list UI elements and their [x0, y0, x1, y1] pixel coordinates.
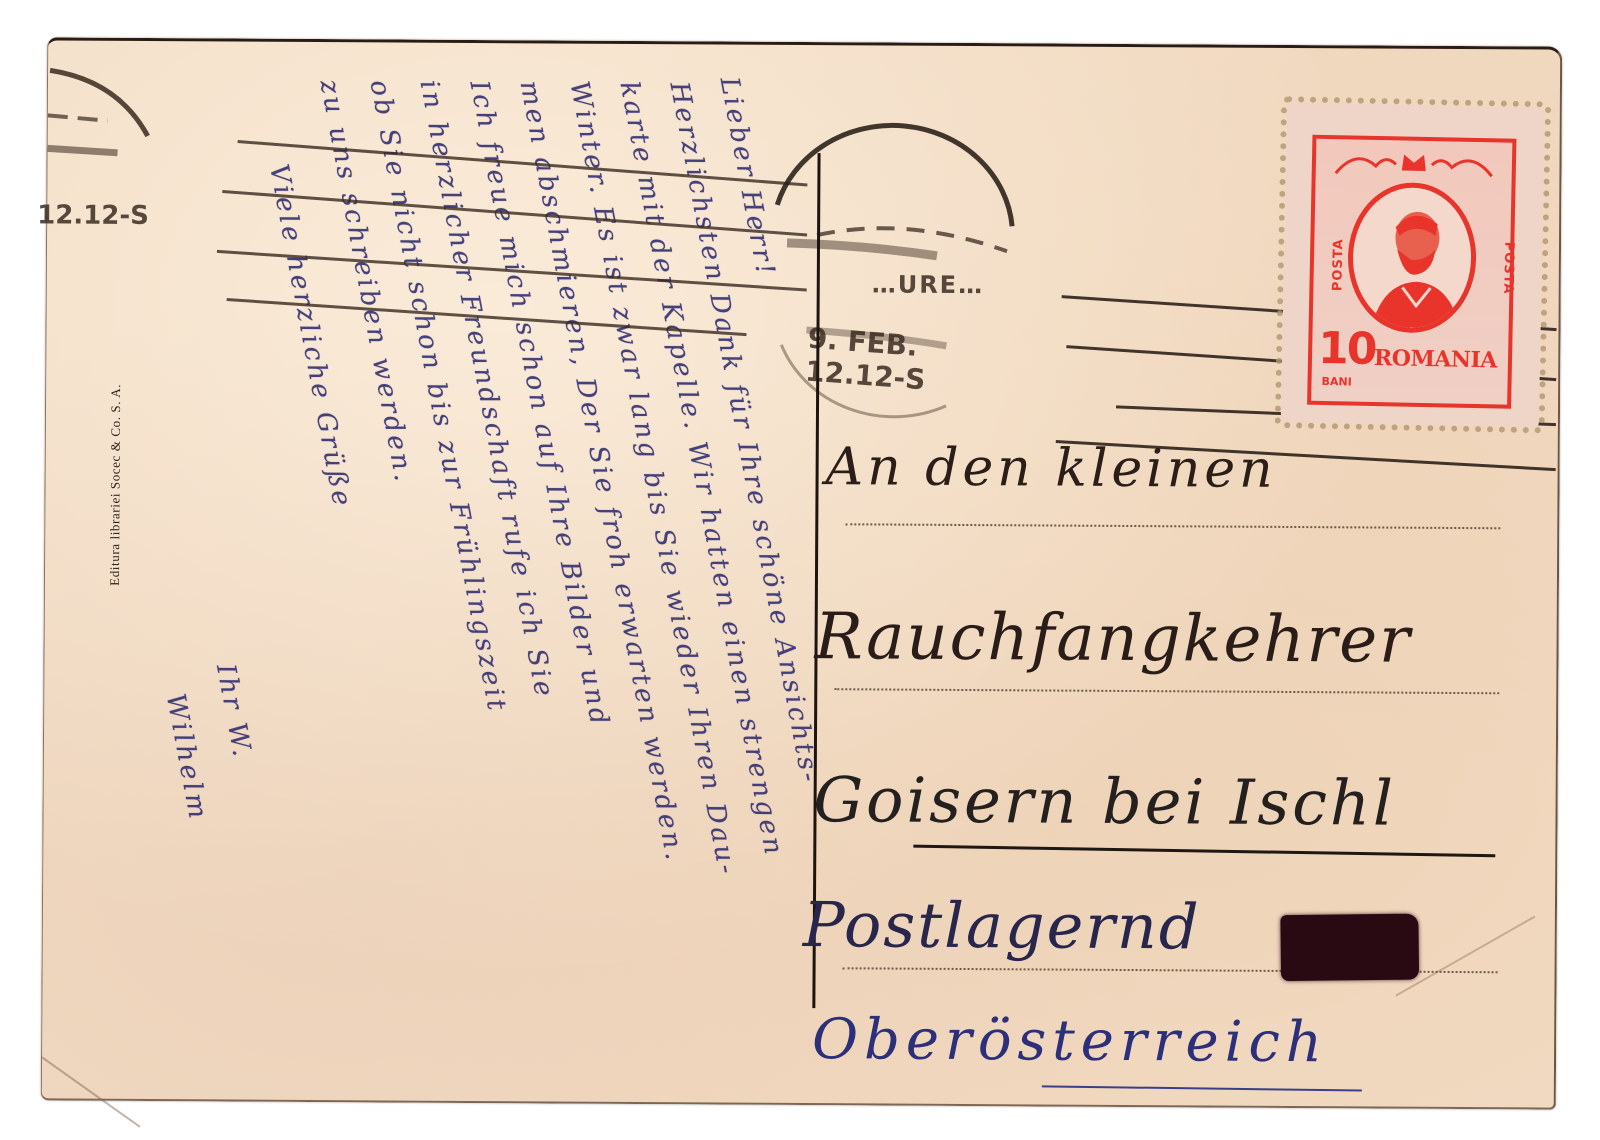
- address-line-3: Goisern bei Ischl: [813, 763, 1396, 840]
- postcard: Editura librariei Socec & Co. S. A. Lieb…: [41, 37, 1562, 1109]
- postmark-date: 9. FEB. 12.12-S: [804, 321, 998, 401]
- stamp-country: ROMANIA: [1374, 345, 1497, 373]
- address-line-5: Oberösterreich: [812, 1007, 1328, 1075]
- portrait-icon: [1352, 187, 1473, 329]
- stamp-side-label: POSTA: [1500, 242, 1516, 295]
- address-guideline: [845, 523, 1500, 529]
- address-line-1: An den kleinen: [825, 437, 1276, 500]
- handwritten-message: Lieber Herr! Herzlichsten Dank für Ihre …: [142, 71, 808, 1075]
- corner-crease: [41, 1057, 140, 1128]
- address-line-4: Postlagernd: [803, 888, 1201, 963]
- message-line: Ihr W.: [210, 662, 257, 762]
- address-block: An den kleinen Rauchfangkehrer Goisern b…: [48, 40, 1560, 49]
- stamp-frame: POSTA POSTA 10 BANI ROMANIA: [1307, 135, 1516, 409]
- postmark-main: …URE… 9. FEB. 12.12-S: [746, 160, 998, 412]
- address-line-2: Rauchfangkehrer: [814, 600, 1412, 678]
- stamp-value: 10: [1318, 323, 1376, 375]
- redaction-mark: [1280, 914, 1419, 982]
- postmark-left: 12.12-S: [17, 55, 218, 256]
- address-guideline: [834, 688, 1499, 694]
- postage-stamp: POSTA POSTA 10 BANI ROMANIA: [1281, 102, 1545, 427]
- king-portrait: [1347, 181, 1478, 334]
- publisher-imprint: Editura librariei Socec & Co. S. A.: [107, 384, 124, 586]
- address-underline: [913, 845, 1495, 858]
- message-line: Wilhelm: [160, 691, 213, 823]
- postmark-date: 12.12-S: [37, 200, 149, 231]
- stamp-side-label: POSTA: [1330, 238, 1346, 291]
- address-underline: [1042, 1085, 1362, 1091]
- postmark-city: …URE…: [872, 270, 985, 299]
- crown-ornament-icon: [1326, 143, 1503, 183]
- stamp-unit: BANI: [1321, 375, 1351, 389]
